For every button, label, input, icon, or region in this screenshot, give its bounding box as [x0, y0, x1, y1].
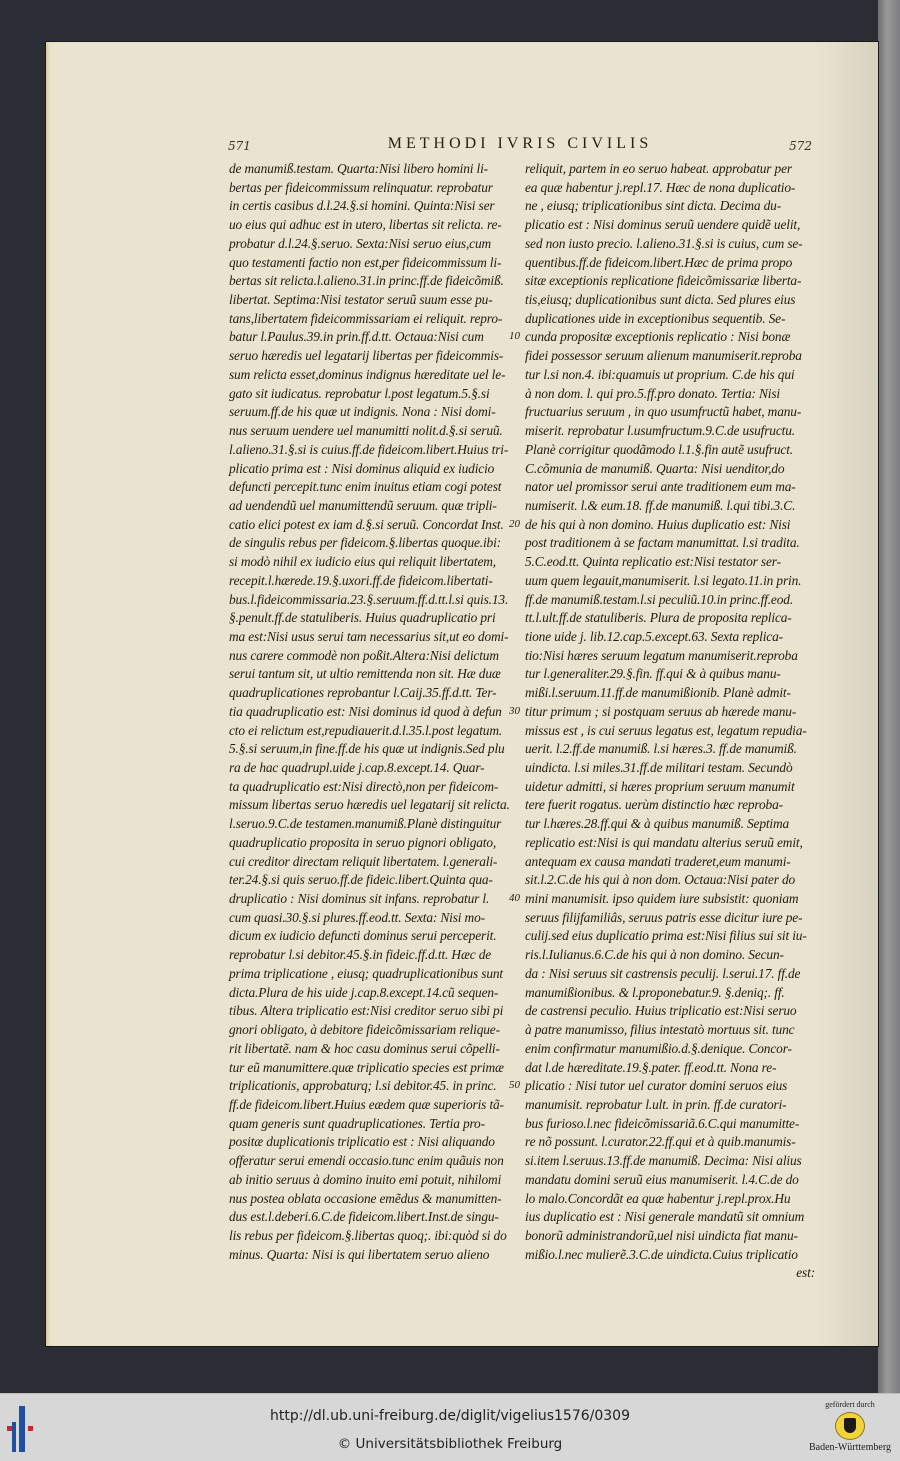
text-line: C.cõmunia de manumiß. Quarta: Nisi uendi…: [525, 460, 815, 479]
text-line: cunda propositæ exceptionis replicatio :…: [525, 328, 815, 347]
text-line: de his qui à non domino. Huius duplicati…: [525, 516, 815, 535]
text-line: positæ duplicationis triplicatio est : N…: [229, 1133, 519, 1152]
margin-line-number: 10: [509, 330, 520, 342]
text-line: re nõ possunt. l.curator.22.ff.qui et à …: [525, 1133, 815, 1152]
text-line: sitæ exceptionis replicatione fideicõmis…: [525, 272, 815, 291]
margin-line-number: 50: [509, 1079, 520, 1091]
sponsor-name: Baden-Württemberg: [800, 1442, 900, 1453]
text-line: tione uide j. lib.12.cap.5.except.63. Se…: [525, 628, 815, 647]
text-line: sed non iusto precio. l.alieno.31.§.si i…: [525, 235, 815, 254]
text-line: ff.de manumiß.testam.l.si peculiũ.10.in …: [525, 591, 815, 610]
text-line: tur l.hæres.28.ff.qui & à quibus manumiß…: [525, 815, 815, 834]
text-line: rit libertatẽ. nam & hoc casu dominus se…: [229, 1040, 519, 1059]
text-line: tibus. Altera triplicatio est:Nisi credi…: [229, 1002, 519, 1021]
text-line: tt.l.ult.ff.de statuliberis. Plura de pr…: [525, 609, 815, 628]
text-line: ad uendendũ uel manumittendũ seruum. quæ…: [229, 497, 519, 516]
text-line: à patre manumisso, filius intestatò mort…: [525, 1021, 815, 1040]
text-line: sit.l.2.C.de his qui à non dom. Octaua:N…: [525, 871, 815, 890]
text-line: in certis casibus d.l.24.§.si homini. Qu…: [229, 197, 519, 216]
text-line: da : Nisi seruus sit castrensis peculij.…: [525, 965, 815, 984]
text-line: plicatio prima est : Nisi dominus aliqui…: [229, 460, 519, 479]
text-line: gato sit iudicatus. reprobatur l.post le…: [229, 385, 519, 404]
text-line: fructuarius seruum , in quo usumfructũ h…: [525, 403, 815, 422]
text-line: uindicta. l.si miles.31.ff.de militari t…: [525, 759, 815, 778]
text-line: tis,eiusq; duplicationibus sunt dicta. S…: [525, 291, 815, 310]
text-line: quo testamenti factio non est,per fideic…: [229, 254, 519, 273]
text-line: uum quem legauit,manumiserit. l.si legat…: [525, 572, 815, 591]
text-column-right: reliquit, partem in eo seruo habeat. app…: [525, 160, 815, 1283]
text-line: libertat. Septima:Nisi testator seruũ su…: [229, 291, 519, 310]
baden-wuerttemberg-coat-of-arms-icon: [835, 1412, 865, 1440]
text-line: serui tantum sit, ut ultio remittenda no…: [229, 665, 519, 684]
copyright-notice: © Universitätsbibliothek Freiburg: [0, 1436, 900, 1452]
text-line: mißi.l.seruum.11.ff.de manumißionib. Pla…: [525, 684, 815, 703]
text-line: nator uel promissor serui ante tradition…: [525, 478, 815, 497]
text-line: nus seruum uendere uel manumitti nolit.d…: [229, 422, 519, 441]
text-line: ta quadruplicatio est:Nisi directò,non p…: [229, 778, 519, 797]
text-line: tio:Nisi hæres seruum legatum manumiseri…: [525, 647, 815, 666]
permalink-url[interactable]: http://dl.ub.uni-freiburg.de/diglit/vige…: [0, 1408, 900, 1424]
text-line: uo eius qui adhuc est in utero, libertas…: [229, 216, 519, 235]
text-column-left: de manumiß.testam. Quarta:Nisi libero ho…: [229, 160, 519, 1264]
text-line: dat l.de hæreditate.19.§.pater. ff.eod.t…: [525, 1059, 815, 1078]
text-line: triplicationis, approbaturq; l.si debito…: [229, 1077, 519, 1096]
sponsor-label: gefördert durch: [800, 1400, 900, 1409]
text-line: nus carere commodè non poßit.Altera:Nisi…: [229, 647, 519, 666]
margin-line-number: 20: [509, 518, 520, 530]
text-line: titur primum ; si postquam seruus ab hær…: [525, 703, 815, 722]
text-line: si modò nihil ex iudicio eius qui reliqu…: [229, 553, 519, 572]
text-line: tur l.si non.4. ibi:quamuis ut proprium.…: [525, 366, 815, 385]
text-line: seruum.ff.de his quæ ut indignis. Nona :…: [229, 403, 519, 422]
text-line: dicum ex iudicio defuncti dominus serui …: [229, 927, 519, 946]
text-line: ius duplicatio est : Nisi generale manda…: [525, 1208, 815, 1227]
text-line: catio elici potest ex iam d.§.si seruũ. …: [229, 516, 519, 535]
text-line: plicatio est : Nisi dominus seruũ uender…: [525, 216, 815, 235]
text-line: recepit.l.hærede.19.§.uxori.ff.de fideic…: [229, 572, 519, 591]
text-line: quentibus.ff.de fideicom.libert.Hæc de p…: [525, 254, 815, 273]
text-line: cto ei relictum est,repudiauerit.d.l.35.…: [229, 722, 519, 741]
text-line: cum quasi.30.§.si plures.ff.eod.tt. Sext…: [229, 909, 519, 928]
text-line: l.seruo.9.C.de testamen.manumiß.Planè di…: [229, 815, 519, 834]
text-line: plicatio : Nisi tutor uel curator domini…: [525, 1077, 815, 1096]
text-line: sum relicta esset,dominus indignus hæred…: [229, 366, 519, 385]
text-line: bonorũ administrandorũ,uel nisi uindicta…: [525, 1227, 815, 1246]
margin-line-number: 40: [509, 892, 520, 904]
text-line: si.item l.seruus.13.ff.de manumiß. Decim…: [525, 1152, 815, 1171]
text-line: l.alieno.31.§.si is cuius.ff.de fideicom…: [229, 441, 519, 460]
text-line: defuncti percepit.tunc enim inuitus etia…: [229, 478, 519, 497]
running-title: METHODI IVRIS CIVILIS: [228, 135, 812, 153]
text-line: batur l.Paulus.39.in prin.ff.d.tt. Octau…: [229, 328, 519, 347]
text-line: quam generis sunt quadruplicationes. Ter…: [229, 1115, 519, 1134]
text-line: manumißionibus. & l.proponebatur.9. §.de…: [525, 984, 815, 1003]
text-line: bus.l.fideicommissaria.23.§.seruum.ff.d.…: [229, 591, 519, 610]
text-line: 5.§.si seruum,in fine.ff.de his quæ ut i…: [229, 740, 519, 759]
text-line: quadruplicationes reprobantur l.Caij.35.…: [229, 684, 519, 703]
text-line: mini manumisit. ipso quidem iure subsist…: [525, 890, 815, 909]
text-line: seruus filijfamiliâs, seruus patris esse…: [525, 909, 815, 928]
text-line: tia quadruplicatio est: Nisi dominus id …: [229, 703, 519, 722]
text-line: Planè corrigitur quodãmodo l.1.§.fin aut…: [525, 441, 815, 460]
text-line: prima triplicatione , eiusq; quadruplica…: [229, 965, 519, 984]
text-line: cui creditor directam reliquit libertate…: [229, 853, 519, 872]
text-line: probatur d.l.24.§.seruo. Sexta:Nisi seru…: [229, 235, 519, 254]
text-line: dus est.l.deberi.6.C.de fideicom.libert.…: [229, 1208, 519, 1227]
text-line: bus furioso.l.nec fideicõmissariã.6.C.qu…: [525, 1115, 815, 1134]
text-line: seruo hæredis uel legatarij libertas per…: [229, 347, 519, 366]
text-line: reliquit, partem in eo seruo habeat. app…: [525, 160, 815, 179]
sponsor-block: gefördert durch Baden-Württemberg: [800, 1400, 900, 1453]
text-line: ma est:Nisi usus serui tam necessarius s…: [229, 628, 519, 647]
text-line: duplicationes uide in exceptionibus sequ…: [525, 310, 815, 329]
text-line: mandatu domini seruũ eius manumiserit. l…: [525, 1171, 815, 1190]
text-line: ff.de fideicom.libert.Huius eædem quæ su…: [229, 1096, 519, 1115]
text-line: ter.24.§.si quis seruo.ff.de fideic.libe…: [229, 871, 519, 890]
book-gutter-shadow: [878, 0, 900, 1393]
text-line: manumisit. reprobatur l.ult. in prin. ff…: [525, 1096, 815, 1115]
page-header: 571 METHODI IVRIS CIVILIS 572: [228, 135, 812, 157]
text-line: uidetur admitti, si hæres proprium seruu…: [525, 778, 815, 797]
folio-right: 572: [789, 139, 812, 153]
text-line: de castrensi peculio. Huius triplicatio …: [525, 1002, 815, 1021]
text-line: §.penult.ff.de statuliberis. Huius quadr…: [229, 609, 519, 628]
text-line: culij.sed eius duplicatio prima est:Nisi…: [525, 927, 815, 946]
text-line: 5.C.eod.tt. Quinta replicatio est:Nisi t…: [525, 553, 815, 572]
text-line: tur l.generaliter.29.§.fin. ff.qui & à q…: [525, 665, 815, 684]
text-line: uerit. l.2.ff.de manumiß. l.si hæres.3. …: [525, 740, 815, 759]
text-line: missum libertas seruo hæredis uel legata…: [229, 796, 519, 815]
text-line: ris.l.Iulianus.6.C.de his qui à non domi…: [525, 946, 815, 965]
text-line: tur eũ manumittere.quæ triplicatio speci…: [229, 1059, 519, 1078]
text-line: missus est , is cui seruus legatus est, …: [525, 722, 815, 741]
text-line: replicatio est:Nisi is qui mandatu alter…: [525, 834, 815, 853]
text-line: bertas sit relicta.l.alieno.31.in princ.…: [229, 272, 519, 291]
text-line: gnori obligato, à debitore fideicõmissar…: [229, 1021, 519, 1040]
text-line: tere fuerit rogatus. uerùm distinctio hæ…: [525, 796, 815, 815]
text-line: ne , eiusq; triplicationibus sint dicta.…: [525, 197, 815, 216]
text-line: offeratur serui emendi occasio.tunc enim…: [229, 1152, 519, 1171]
text-line: antequam ex causa mandati traderet,eum m…: [525, 853, 815, 872]
text-line: post traditionem à se factam manumittat.…: [525, 534, 815, 553]
text-line: druplicatio : Nisi dominus sit infans. r…: [229, 890, 519, 909]
text-line: fidei possessor seruum alienum manumiser…: [525, 347, 815, 366]
text-line: miserit. reprobatur l.usumfructum.9.C.de…: [525, 422, 815, 441]
text-line: lo malo.Concordãt ea quæ habentur j.repl…: [525, 1190, 815, 1209]
text-line: ra de hac quadrupl.uide j.cap.8.except.1…: [229, 759, 519, 778]
text-line: nus postea oblata occasione emẽdus & man…: [229, 1190, 519, 1209]
text-line: tans,libertatem fideicommissariam ei rel…: [229, 310, 519, 329]
image-viewer: 571 METHODI IVRIS CIVILIS 572 de manumiß…: [0, 0, 900, 1393]
text-line: ea quæ habentur j.repl.17. Hæc de nona d…: [525, 179, 815, 198]
text-line: lis rebus per fideicom.§.libertas quoq;.…: [229, 1227, 519, 1246]
footer-bar: http://dl.ub.uni-freiburg.de/diglit/vige…: [0, 1393, 900, 1461]
text-line: minus. Quarta: Nisi is qui libertatem se…: [229, 1246, 519, 1265]
text-line: mißio.l.nec mulierẽ.3.C.de uindicta.Cuiu…: [525, 1246, 815, 1265]
text-line: bertas per fideicommissum relinquatur. r…: [229, 179, 519, 198]
text-line: enim confirmatur manumißio.d.§.denique. …: [525, 1040, 815, 1059]
text-line: numiserit. l.& eum.18. ff.de manumiß. l.…: [525, 497, 815, 516]
text-line: est:: [525, 1264, 815, 1283]
text-line: à non dom. l. qui pro.5.ff.pro donato. T…: [525, 385, 815, 404]
text-line: dicta.Plura de his uide j.cap.8.except.1…: [229, 984, 519, 1003]
text-line: reprobatur l.si debitor.45.§.in fideic.f…: [229, 946, 519, 965]
text-line: ab initio seruus à domino inuito emi pot…: [229, 1171, 519, 1190]
text-line: de manumiß.testam. Quarta:Nisi libero ho…: [229, 160, 519, 179]
text-line: quadruplicatio proposita in seruo pignor…: [229, 834, 519, 853]
text-line: de singulis rebus per fideicom.§.liberta…: [229, 534, 519, 553]
margin-line-number: 30: [509, 705, 520, 717]
